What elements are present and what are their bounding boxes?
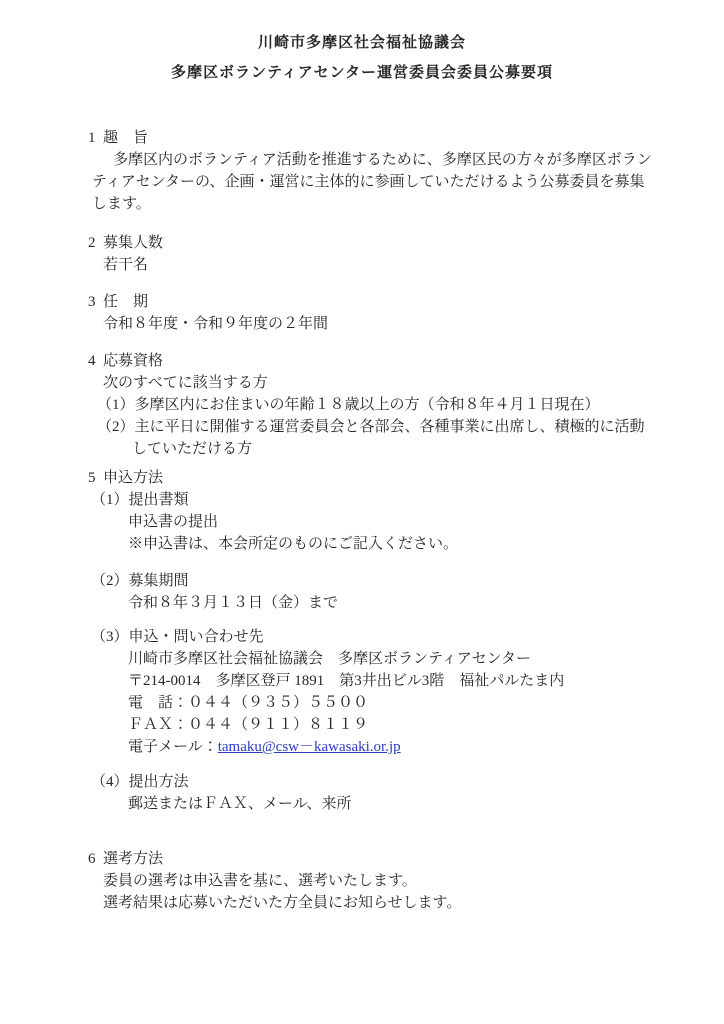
section-5-sub-1-note: ※申込書は、本会所定のものにご記入ください。	[128, 533, 664, 555]
contact-address: 〒214-0014 多摩区登戸 1891 第3井出ビル3階 福祉パルたま内	[128, 670, 664, 692]
section-2-number: 2	[88, 232, 103, 254]
section-6-line-1: 委員の選考は申込書を基に、選考いたします。	[103, 870, 664, 892]
section-4-title: 応募資格	[103, 353, 163, 369]
section-5-sub-2-deadline: 令和８年３月１３日（金）まで	[128, 592, 664, 614]
section-5-sub-2-label: （2）募集期間	[91, 570, 664, 592]
section-5-sub-3-label: （3）申込・問い合わせ先	[91, 626, 664, 648]
section-5-title: 申込方法	[103, 470, 163, 486]
section-1-number: 1	[88, 127, 103, 149]
contact-phone: 電 話：０４４（９３５）５５００	[128, 692, 664, 714]
section-5-sub-1-label: （1）提出書類	[91, 489, 664, 511]
contact-fax: ＦＡＸ：０４４（９１１）８１１９	[128, 714, 664, 736]
section-6-title: 選考方法	[103, 851, 163, 867]
contact-email-line: 電子メール：tamaku@csw－kawasaki.or.jp	[128, 736, 664, 758]
document-header: 川崎市多摩区社会福祉協議会 多摩区ボランティアセンター運営委員会委員公募要項	[0, 0, 724, 83]
org-title: 川崎市多摩区社会福祉協議会	[0, 33, 724, 53]
section-3-body: 令和８年度・令和９年度の２年間	[103, 313, 664, 335]
section-6-line-2: 選考結果は応募いただいた方全員にお知らせします。	[103, 892, 664, 914]
email-link[interactable]: tamaku@csw－kawasaki.or.jp	[218, 739, 401, 755]
section-5-sub-4-methods: 郵送またはＦＡＸ、メール、来所	[128, 793, 664, 815]
section-6-heading: 6選考方法	[88, 848, 664, 870]
section-4-heading: 4応募資格	[88, 350, 664, 372]
document-title: 多摩区ボランティアセンター運営委員会委員公募要項	[0, 63, 724, 83]
section-4-item-1: （1）多摩区内にお住まいの年齢１８歳以上の方（令和８年４月１日現在）	[97, 394, 650, 416]
document-page: 川崎市多摩区社会福祉協議会 多摩区ボランティアセンター運営委員会委員公募要項 1…	[0, 0, 724, 1024]
section-3-number: 3	[88, 291, 103, 313]
section-4-item-2: （2）主に平日に開催する運営委員会と各部会、各種事業に出席し、積極的に活動してい…	[97, 416, 650, 460]
section-1-paragraph: 多摩区内のボランティア活動を推進するために、多摩区民の方々が多摩区ボランティアセ…	[92, 149, 652, 215]
section-4-number: 4	[88, 350, 103, 372]
section-3-title: 任 期	[103, 294, 148, 310]
section-6-number: 6	[88, 848, 103, 870]
section-1-title: 趣 旨	[103, 130, 148, 146]
section-5-heading: 5申込方法	[88, 467, 664, 489]
section-5-sub-4-label: （4）提出方法	[91, 771, 664, 793]
section-1-heading: 1趣 旨	[88, 127, 664, 149]
section-2-heading: 2募集人数	[88, 232, 664, 254]
contact-organization: 川崎市多摩区社会福祉協議会 多摩区ボランティアセンター	[128, 648, 664, 670]
section-2-body: 若干名	[103, 254, 664, 276]
section-3-heading: 3任 期	[88, 291, 664, 313]
section-5-sub-1-line-1: 申込書の提出	[128, 511, 664, 533]
document-body: 1趣 旨 多摩区内のボランティア活動を推進するために、多摩区民の方々が多摩区ボラ…	[88, 127, 664, 914]
section-4-intro: 次のすべてに該当する方	[103, 372, 664, 394]
section-5-number: 5	[88, 467, 103, 489]
section-2-title: 募集人数	[103, 235, 163, 251]
email-label: 電子メール：	[128, 739, 218, 755]
